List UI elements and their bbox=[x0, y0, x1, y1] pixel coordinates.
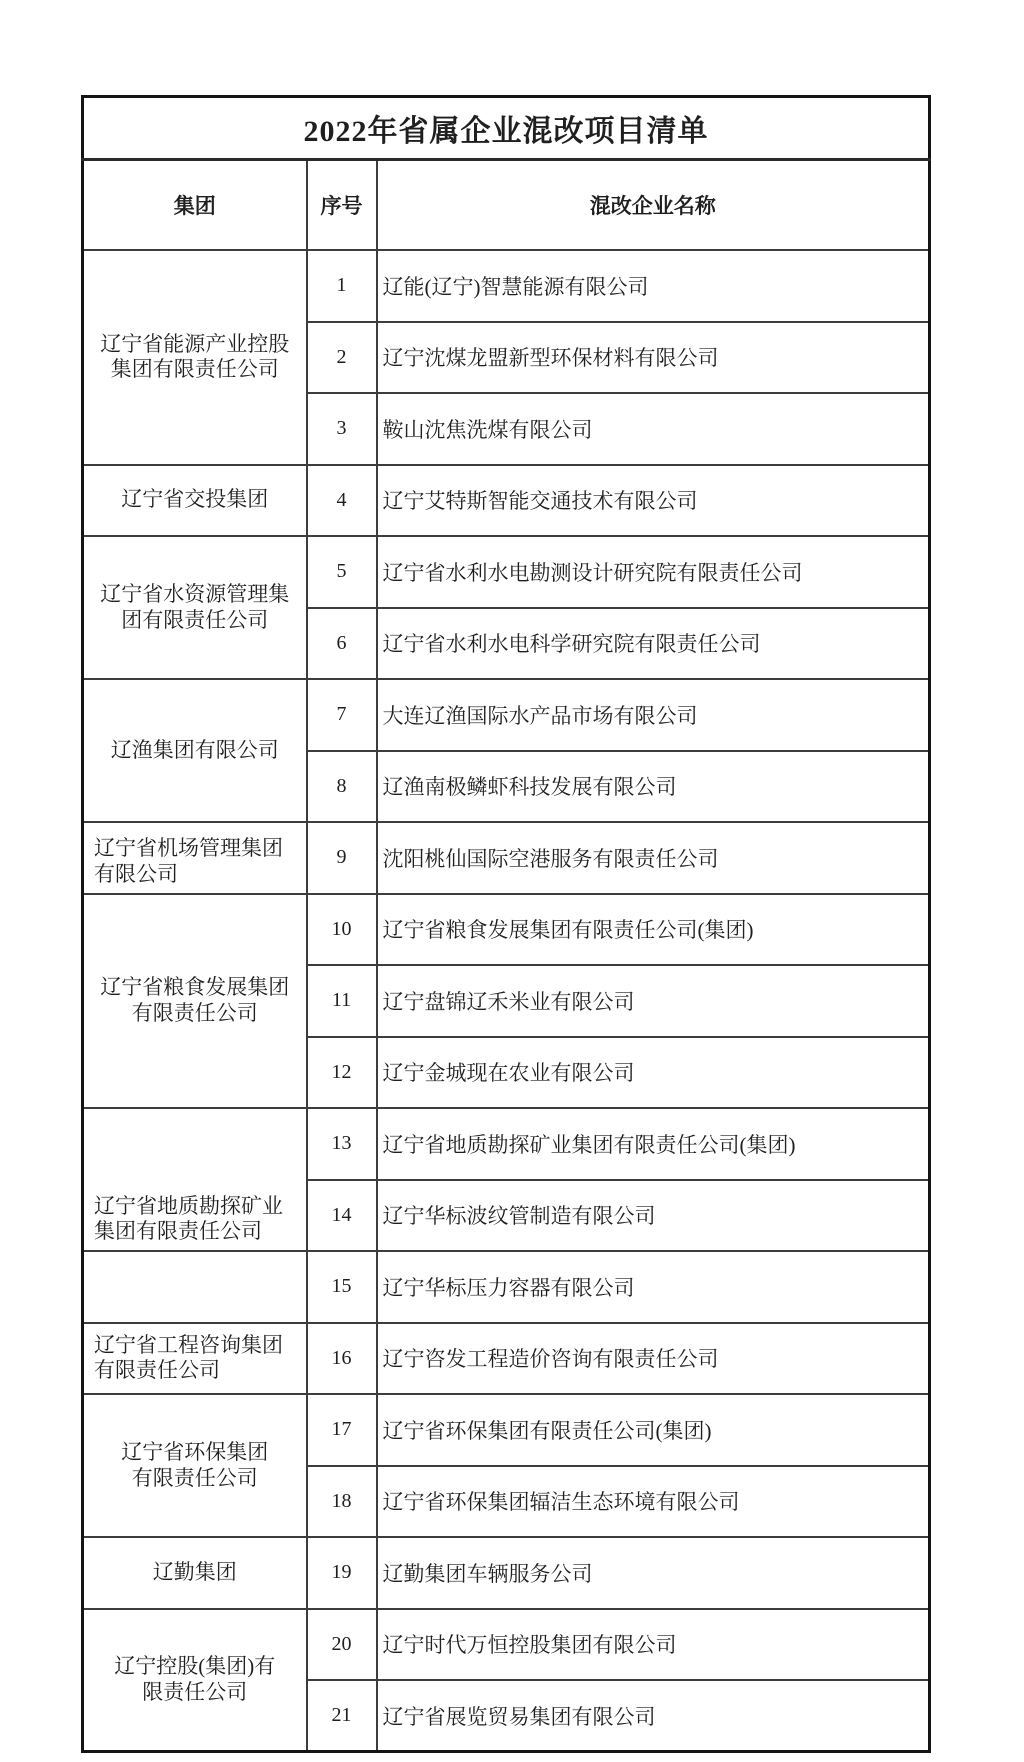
company-name-cell: 辽宁省环保集团有限责任公司(集团) bbox=[377, 1394, 930, 1466]
group-cell bbox=[83, 1251, 307, 1323]
serial-number-cell: 1 bbox=[307, 250, 377, 322]
company-name-cell: 沈阳桃仙国际空港服务有限责任公司 bbox=[377, 822, 930, 894]
mixed-reform-project-table: 2022年省属企业混改项目清单 集团 序号 混改企业名称 辽宁省能源产业控股 集… bbox=[81, 95, 931, 1753]
page-title: 2022年省属企业混改项目清单 bbox=[83, 97, 930, 160]
company-name-cell: 辽宁华标波纹管制造有限公司 bbox=[377, 1180, 930, 1252]
header-row: 集团 序号 混改企业名称 bbox=[83, 160, 930, 251]
serial-number-cell: 11 bbox=[307, 965, 377, 1037]
serial-number-cell: 19 bbox=[307, 1537, 377, 1609]
serial-number-cell: 10 bbox=[307, 894, 377, 966]
table-row: 辽宁控股(集团)有 限责任公司20辽宁时代万恒控股集团有限公司 bbox=[83, 1609, 930, 1681]
serial-number-cell: 17 bbox=[307, 1394, 377, 1466]
serial-number-cell: 9 bbox=[307, 822, 377, 894]
serial-number-cell: 4 bbox=[307, 465, 377, 537]
company-name-cell: 辽宁省水利水电科学研究院有限责任公司 bbox=[377, 608, 930, 680]
company-name-cell: 辽宁盘锦辽禾米业有限公司 bbox=[377, 965, 930, 1037]
column-header-group: 集团 bbox=[83, 160, 307, 251]
table-row: 辽宁省水资源管理集 团有限责任公司5辽宁省水利水电勘测设计研究院有限责任公司 bbox=[83, 536, 930, 608]
group-cell: 辽宁省水资源管理集 团有限责任公司 bbox=[83, 536, 307, 679]
table-row: 辽宁省地质勘探矿业 集团有限责任公司13辽宁省地质勘探矿业集团有限责任公司(集团… bbox=[83, 1108, 930, 1180]
table-row: 辽宁省工程咨询集团 有限责任公司16辽宁咨发工程造价咨询有限责任公司 bbox=[83, 1323, 930, 1395]
serial-number-cell: 16 bbox=[307, 1323, 377, 1395]
table-row: 辽渔集团有限公司7大连辽渔国际水产品市场有限公司 bbox=[83, 679, 930, 751]
company-name-cell: 辽宁华标压力容器有限公司 bbox=[377, 1251, 930, 1323]
company-name-cell: 辽宁金城现在农业有限公司 bbox=[377, 1037, 930, 1109]
company-name-cell: 辽宁省粮食发展集团有限责任公司(集团) bbox=[377, 894, 930, 966]
group-cell: 辽宁省交投集团 bbox=[83, 465, 307, 537]
group-cell: 辽勤集团 bbox=[83, 1537, 307, 1609]
company-name-cell: 辽宁省地质勘探矿业集团有限责任公司(集团) bbox=[377, 1108, 930, 1180]
table-row: 辽宁省能源产业控股 集团有限责任公司1辽能(辽宁)智慧能源有限公司 bbox=[83, 250, 930, 322]
company-name-cell: 辽宁省展览贸易集团有限公司 bbox=[377, 1680, 930, 1752]
serial-number-cell: 6 bbox=[307, 608, 377, 680]
serial-number-cell: 18 bbox=[307, 1466, 377, 1538]
company-name-cell: 辽宁时代万恒控股集团有限公司 bbox=[377, 1609, 930, 1681]
serial-number-cell: 2 bbox=[307, 322, 377, 394]
serial-number-cell: 20 bbox=[307, 1609, 377, 1681]
table-row: 辽宁省粮食发展集团 有限责任公司10辽宁省粮食发展集团有限责任公司(集团) bbox=[83, 894, 930, 966]
company-name-cell: 辽宁艾特斯智能交通技术有限公司 bbox=[377, 465, 930, 537]
column-header-company: 混改企业名称 bbox=[377, 160, 930, 251]
group-cell: 辽宁省地质勘探矿业 集团有限责任公司 bbox=[83, 1108, 307, 1251]
table-row: 辽宁省交投集团4辽宁艾特斯智能交通技术有限公司 bbox=[83, 465, 930, 537]
serial-number-cell: 3 bbox=[307, 393, 377, 465]
document-page: 2022年省属企业混改项目清单 集团 序号 混改企业名称 辽宁省能源产业控股 集… bbox=[0, 0, 1024, 1762]
table-body: 辽宁省能源产业控股 集团有限责任公司1辽能(辽宁)智慧能源有限公司2辽宁沈煤龙盟… bbox=[83, 250, 930, 1752]
serial-number-cell: 13 bbox=[307, 1108, 377, 1180]
company-name-cell: 辽勤集团车辆服务公司 bbox=[377, 1537, 930, 1609]
column-header-serial: 序号 bbox=[307, 160, 377, 251]
group-cell: 辽宁省工程咨询集团 有限责任公司 bbox=[83, 1323, 307, 1395]
serial-number-cell: 7 bbox=[307, 679, 377, 751]
group-cell: 辽宁省环保集团 有限责任公司 bbox=[83, 1394, 307, 1537]
serial-number-cell: 15 bbox=[307, 1251, 377, 1323]
company-name-cell: 辽宁省水利水电勘测设计研究院有限责任公司 bbox=[377, 536, 930, 608]
serial-number-cell: 12 bbox=[307, 1037, 377, 1109]
table-row: 辽勤集团19辽勤集团车辆服务公司 bbox=[83, 1537, 930, 1609]
company-name-cell: 辽渔南极鳞虾科技发展有限公司 bbox=[377, 751, 930, 823]
table-row: 辽宁省机场管理集团 有限公司9沈阳桃仙国际空港服务有限责任公司 bbox=[83, 822, 930, 894]
serial-number-cell: 8 bbox=[307, 751, 377, 823]
serial-number-cell: 14 bbox=[307, 1180, 377, 1252]
group-cell: 辽渔集团有限公司 bbox=[83, 679, 307, 822]
company-name-cell: 辽宁省环保集团辐洁生态环境有限公司 bbox=[377, 1466, 930, 1538]
serial-number-cell: 21 bbox=[307, 1680, 377, 1752]
company-name-cell: 鞍山沈焦洗煤有限公司 bbox=[377, 393, 930, 465]
table-row: 辽宁省环保集团 有限责任公司17辽宁省环保集团有限责任公司(集团) bbox=[83, 1394, 930, 1466]
title-row: 2022年省属企业混改项目清单 bbox=[83, 97, 930, 160]
table-row: 15辽宁华标压力容器有限公司 bbox=[83, 1251, 930, 1323]
company-name-cell: 辽能(辽宁)智慧能源有限公司 bbox=[377, 250, 930, 322]
group-cell: 辽宁省粮食发展集团 有限责任公司 bbox=[83, 894, 307, 1109]
group-cell: 辽宁省能源产业控股 集团有限责任公司 bbox=[83, 250, 307, 465]
group-cell: 辽宁控股(集团)有 限责任公司 bbox=[83, 1609, 307, 1752]
company-name-cell: 大连辽渔国际水产品市场有限公司 bbox=[377, 679, 930, 751]
serial-number-cell: 5 bbox=[307, 536, 377, 608]
group-cell: 辽宁省机场管理集团 有限公司 bbox=[83, 822, 307, 894]
company-name-cell: 辽宁咨发工程造价咨询有限责任公司 bbox=[377, 1323, 930, 1395]
company-name-cell: 辽宁沈煤龙盟新型环保材料有限公司 bbox=[377, 322, 930, 394]
